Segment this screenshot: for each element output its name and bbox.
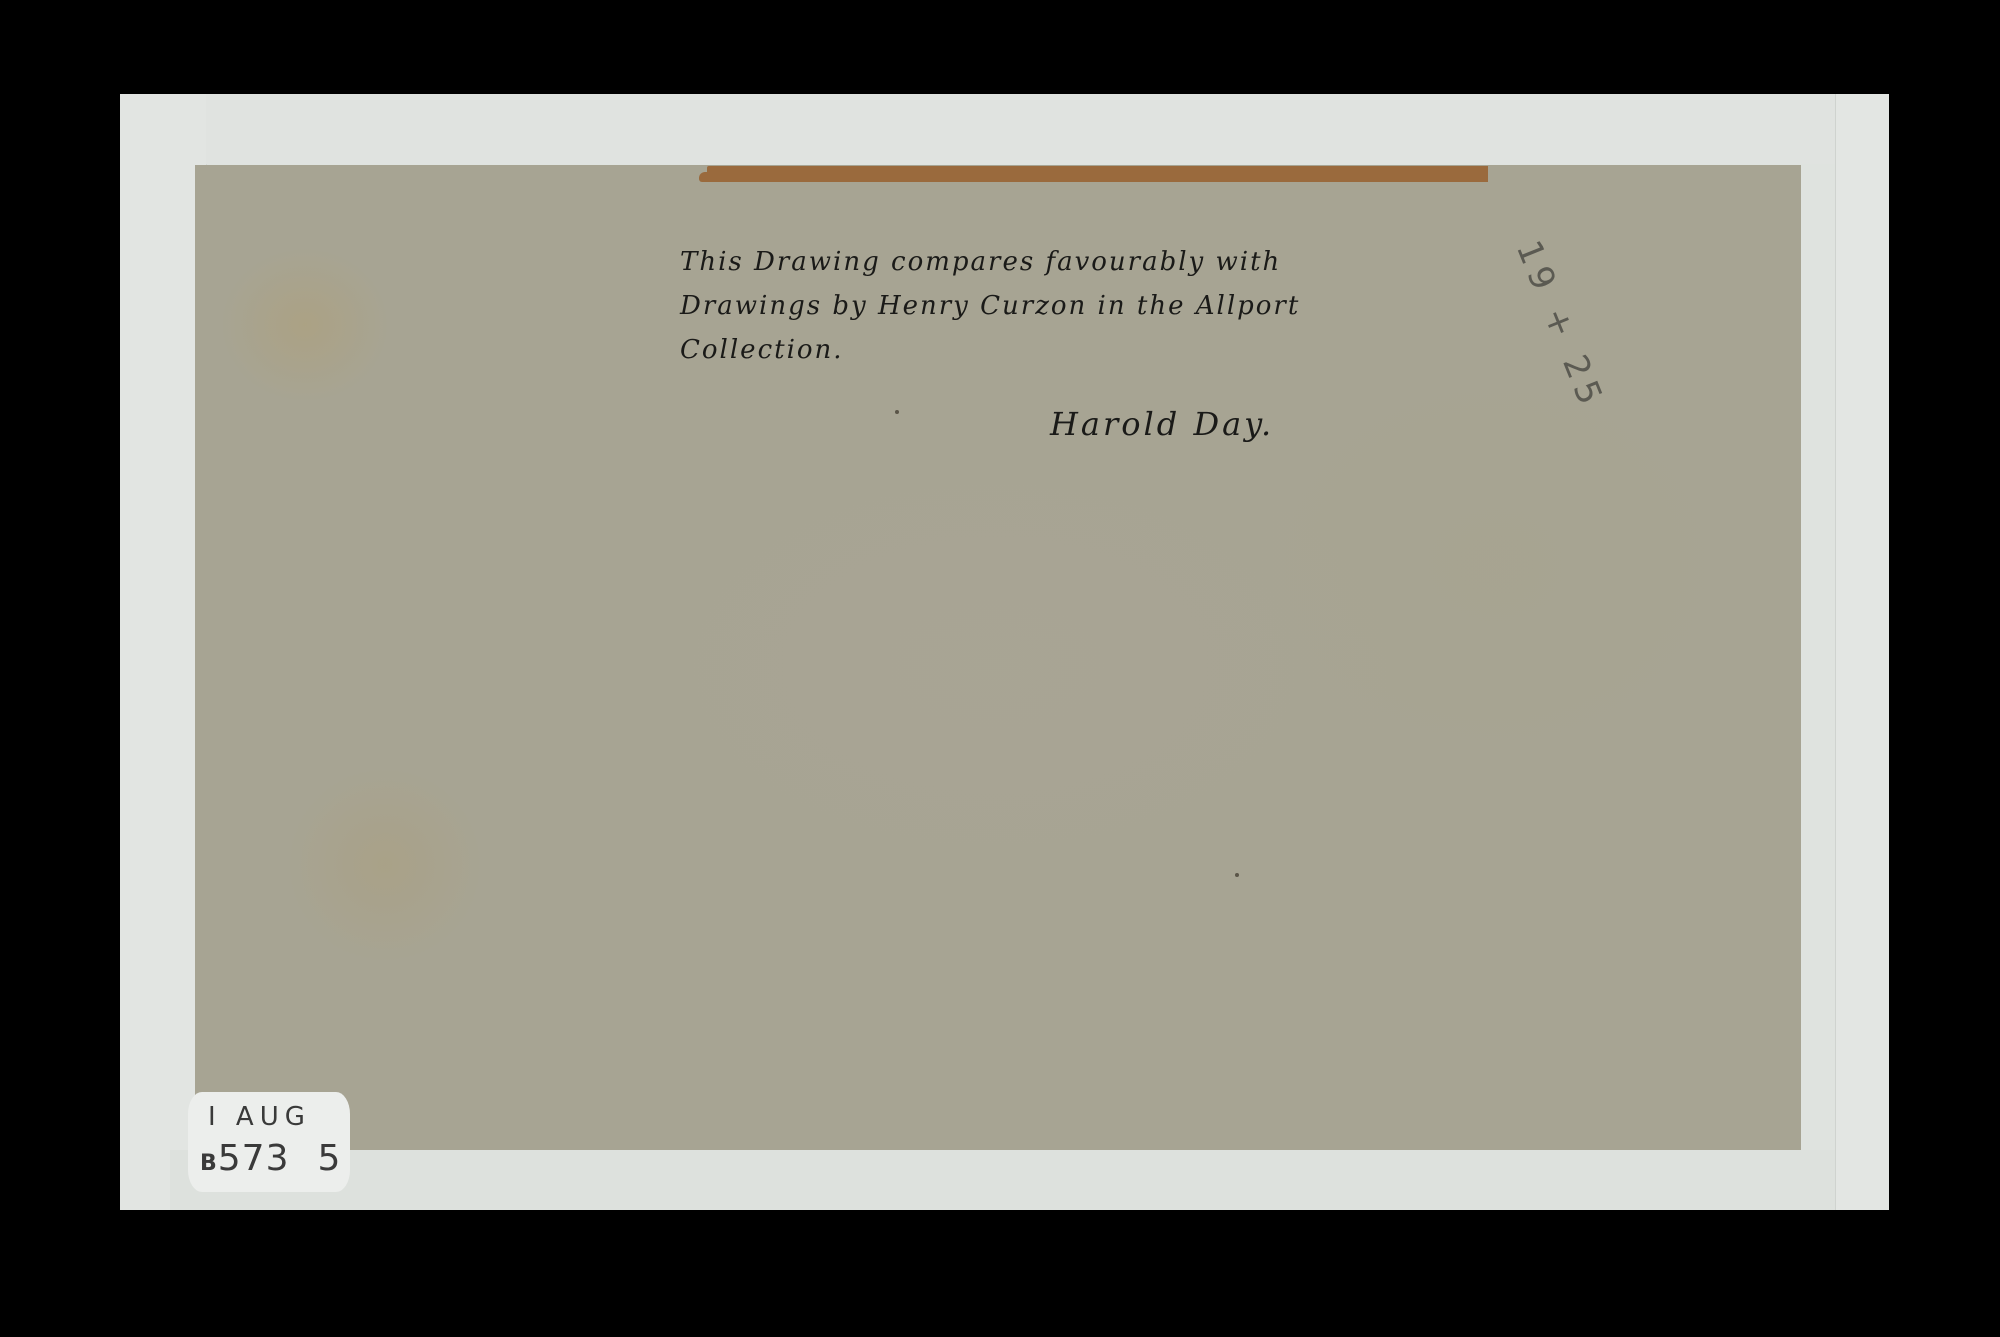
sticker-date-code: I AUG <box>208 1102 311 1132</box>
photo-stage: This Drawing compares favourably with Dr… <box>0 0 2000 1337</box>
paper-speck <box>1235 873 1239 877</box>
sticker-suffix: 5 <box>318 1138 342 1179</box>
sticker-code: B5735 <box>200 1138 341 1179</box>
sticker-prefix: B <box>200 1151 218 1176</box>
mount-bottom-tape <box>170 1150 1835 1210</box>
inscription-line: Collection. <box>680 328 1340 372</box>
paper-speck <box>895 410 899 414</box>
signature: Harold Day. <box>1050 405 1274 443</box>
inscription-line: This Drawing compares favourably with <box>680 240 1340 284</box>
brown-tape-residue-strip <box>707 166 1488 182</box>
handwritten-inscription: This Drawing compares favourably with Dr… <box>680 240 1340 372</box>
mount-left-hinge-strip <box>120 94 207 1210</box>
mount-right-hinge-strip <box>1835 94 1889 1210</box>
inscription-line: Drawings by Henry Curzon in the Allport <box>680 284 1340 328</box>
mount-top-tape <box>206 94 1835 164</box>
sticker-number: 573 <box>218 1138 290 1179</box>
price-sticker: I AUG B5735 <box>188 1092 350 1192</box>
